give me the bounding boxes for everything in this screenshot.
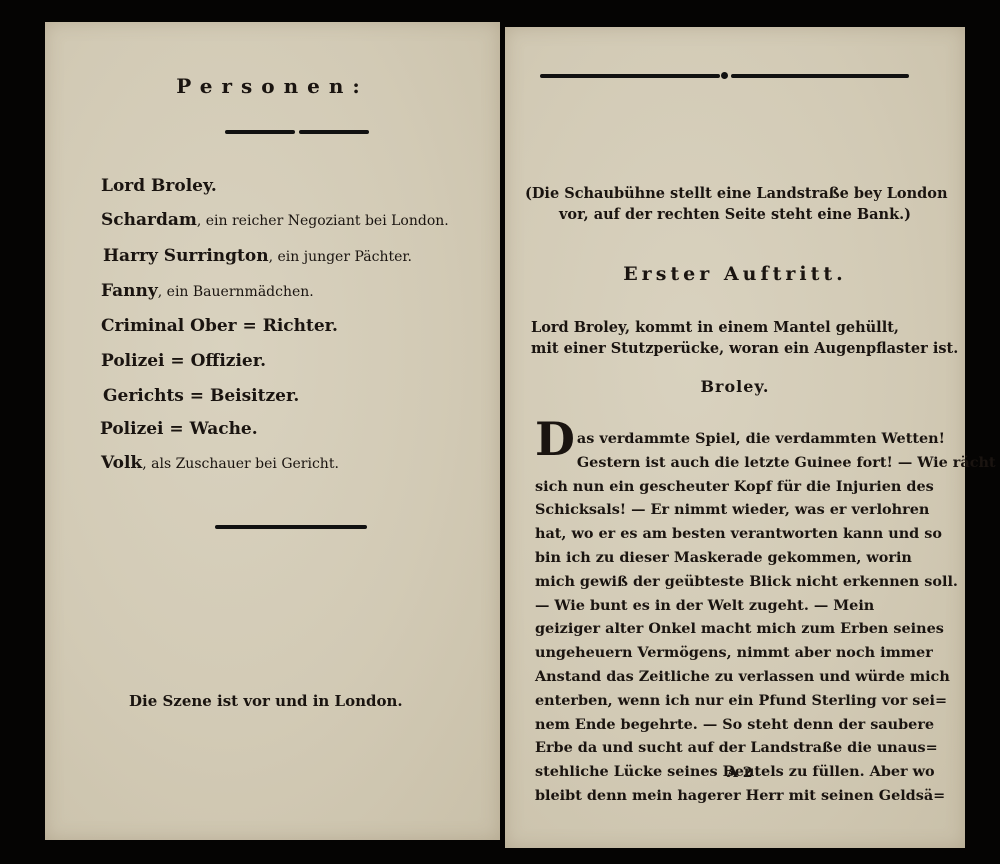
character-name: Lord Broley. <box>101 176 217 196</box>
speech-line: enterben, wenn ich nur ein Pfund Sterlin… <box>535 689 940 713</box>
character-name: Harry Surrington <box>103 246 269 266</box>
left-page: Personen: Lord Broley. Schardam, ein rei… <box>45 22 500 840</box>
character-desc: , als Zuschauer bei Gericht. <box>142 456 339 472</box>
character-entry: Schardam, ein reicher Negoziant bei Lond… <box>101 210 449 230</box>
character-name: Volk <box>101 453 142 473</box>
speech-line: as verdammte Spiel, die verdammten Wette… <box>535 419 940 451</box>
rule-left-half <box>540 74 720 78</box>
speech-line: Erbe da und sucht auf der Landstraße die… <box>535 736 940 760</box>
speech-line: geiziger alter Onkel macht mich zum Erbe… <box>535 617 940 641</box>
rule-left-half <box>225 130 295 134</box>
speech-text: D as verdammte Spiel, die verdammten Wet… <box>535 419 940 808</box>
right-page: (Die Schaubühne stellt eine Landstraße b… <box>505 27 965 848</box>
character-entry: Criminal Ober = Richter. <box>101 316 338 336</box>
character-name: Gerichts = Beisitzer. <box>103 386 299 406</box>
speech-line: bin ich zu dieser Maskerade gekommen, wo… <box>535 546 940 570</box>
character-entry: Polizei = Wache. <box>100 419 258 439</box>
dramatis-personae-heading: Personen: <box>45 74 500 98</box>
entrance-line: mit einer Stutzperücke, woran ein Augenp… <box>531 338 941 359</box>
entrance-line: Lord Broley, kommt in einem Mantel gehül… <box>531 317 941 338</box>
entrance-direction: Lord Broley, kommt in einem Mantel gehül… <box>531 317 941 359</box>
speech-line: bleibt denn mein hagerer Herr mit seinen… <box>535 784 940 808</box>
character-name: Fanny <box>101 281 158 301</box>
character-entry: Lord Broley. <box>101 176 217 196</box>
speech-line: Schicksals! — Er nimmt wieder, was er ve… <box>535 498 940 522</box>
speech-line: sich nun ein gescheuter Kopf für die Inj… <box>535 475 940 499</box>
rule-center-ornament <box>721 72 728 79</box>
scene-title: Erster Auftritt. <box>505 263 965 285</box>
speech-line: — Wie bunt es in der Welt zugeht. — Mein <box>535 594 940 618</box>
speech-line: hat, wo er es am besten verantworten kan… <box>535 522 940 546</box>
speech-line: mich gewiß der geübteste Blick nicht erk… <box>535 570 940 594</box>
speaker-name: Broley. <box>505 377 965 396</box>
character-name: Schardam <box>101 210 197 230</box>
stage-direction-line: vor, auf der rechten Seite steht eine Ba… <box>525 204 945 225</box>
character-name: Polizei = Offizier. <box>101 351 266 371</box>
character-entry: Fanny, ein Bauernmädchen. <box>101 281 314 301</box>
character-desc: , ein junger Pächter. <box>269 249 412 265</box>
ornamental-rule-bottom <box>215 525 367 529</box>
speech-line: Gestern ist auch die letzte Guinee fort!… <box>535 451 940 475</box>
speech-line: Anstand das Zeitliche zu verlassen und w… <box>535 665 940 689</box>
rule-right-half <box>731 74 909 78</box>
character-entry: Polizei = Offizier. <box>101 351 266 371</box>
character-desc: , ein Bauernmädchen. <box>158 284 314 300</box>
signature-mark: A 2 <box>727 765 752 781</box>
character-name: Criminal Ober = Richter. <box>101 316 338 336</box>
speech-line: ungeheuern Vermögens, nimmt aber noch im… <box>535 641 940 665</box>
scene-location-note: Die Szene ist vor und in London. <box>129 692 403 710</box>
character-entry: Harry Surrington, ein junger Pächter. <box>103 246 412 266</box>
character-entry: Gerichts = Beisitzer. <box>103 386 299 406</box>
stage-direction-line: (Die Schaubühne stellt eine Landstraße b… <box>525 183 945 204</box>
character-desc: , ein reicher Negoziant bei London. <box>197 213 449 229</box>
drop-cap: D <box>535 419 575 459</box>
rule-right-half <box>299 130 369 134</box>
stage-direction: (Die Schaubühne stellt eine Landstraße b… <box>525 183 945 225</box>
character-entry: Volk, als Zuschauer bei Gericht. <box>101 453 339 473</box>
character-name: Polizei = Wache. <box>100 419 258 439</box>
speech-line: nem Ende begehrte. — So steht denn der s… <box>535 713 940 737</box>
